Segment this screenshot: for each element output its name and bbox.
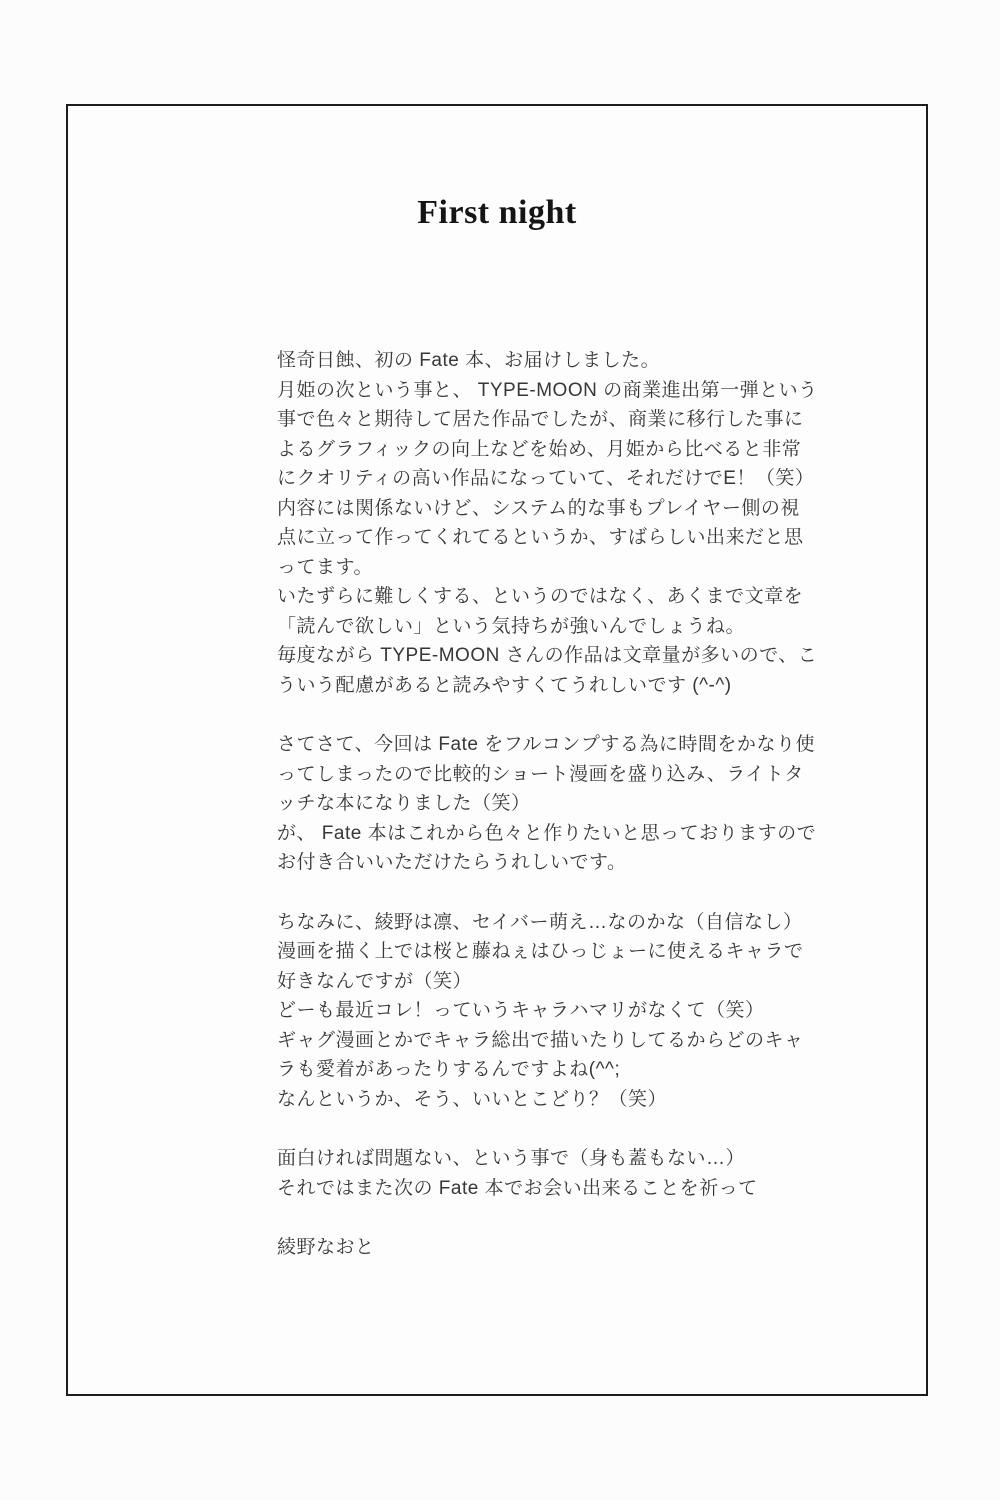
paragraph-this-book: さてさて、今回は Fate をフルコンプする為に時間をかなり使 ってしまったので… <box>277 730 757 878</box>
text-line: ギャグ漫画とかでキャラ総出で描いたりしてるからどのキャ <box>277 1026 757 1056</box>
text-line: さてさて、今回は Fate をフルコンプする為に時間をかなり使 <box>277 730 757 760</box>
text-line: ラも愛着があったりするんですよね(^^; <box>277 1055 757 1085</box>
text-line: 漫画を描く上では桜と藤ねぇはひっじょーに使えるキャラで <box>277 937 757 967</box>
text-line: 内容には関係ないけど、システム的な事もプレイヤー側の視 <box>277 494 757 524</box>
paragraph-closing: 面白ければ問題ない、という事で（身も蓋もない…） それではまた次の Fate 本… <box>277 1144 757 1203</box>
text-line: ってしまったので比較的ショート漫画を盛り込み、ライトタ <box>277 760 757 790</box>
paragraph-characters: ちなみに、綾野は凛、セイバー萌え…なのかな（自信なし） 漫画を描く上では桜と藤ね… <box>277 908 757 1115</box>
text-line: が、 Fate 本はこれから色々と作りたいと思っておりますので <box>277 819 757 849</box>
text-line: 面白ければ問題ない、という事で（身も蓋もない…） <box>277 1144 757 1174</box>
text-line: お付き合いいただけたらうれしいです。 <box>277 848 757 878</box>
text-line: 好きなんですが（笑） <box>277 967 757 997</box>
paragraph-intro: 怪奇日蝕、初の Fate 本、お届けしました。 月姫の次という事と、 TYPE-… <box>277 346 757 700</box>
text-line: ッチな本になりました（笑） <box>277 789 757 819</box>
page-border-frame: First night 怪奇日蝕、初の Fate 本、お届けしました。 月姫の次… <box>66 104 928 1396</box>
text-line: それではまた次の Fate 本でお会い出来ることを祈って <box>277 1174 757 1204</box>
text-line: どーも最近コレ！っていうキャラハマリがなくて（笑） <box>277 996 757 1026</box>
text-line: よるグラフィックの向上などを始め、月姫から比べると非常 <box>277 435 757 465</box>
text-line: 毎度ながら TYPE-MOON さんの作品は文章量が多いので、こ <box>277 641 757 671</box>
text-line: にクオリティの高い作品になっていて、それだけでE！（笑） <box>277 464 757 494</box>
text-line: なんというか、そう、いいとこどり？（笑） <box>277 1085 757 1115</box>
author-signature: 綾野なおと <box>277 1233 757 1263</box>
afterword-text: 怪奇日蝕、初の Fate 本、お届けしました。 月姫の次という事と、 TYPE-… <box>277 346 757 1263</box>
text-line: 点に立って作ってくれてるというか、すばらしい出来だと思 <box>277 523 757 553</box>
text-line: 事で色々と期待して居た作品でしたが、商業に移行した事に <box>277 405 757 435</box>
text-line: 月姫の次という事と、 TYPE-MOON の商業進出第一弾という <box>277 376 757 406</box>
text-line: 怪奇日蝕、初の Fate 本、お届けしました。 <box>277 346 757 376</box>
text-line: ういう配慮があると読みやすくてうれしいです (^-^) <box>277 671 757 701</box>
text-line: いたずらに難しくする、というのではなく、あくまで文章を <box>277 582 757 612</box>
text-line: ってます。 <box>277 553 757 583</box>
text-line: ちなみに、綾野は凛、セイバー萌え…なのかな（自信なし） <box>277 908 757 938</box>
page-title: First night <box>68 194 926 232</box>
text-line: 「読んで欲しい」という気持ちが強いんでしょうね。 <box>277 612 757 642</box>
